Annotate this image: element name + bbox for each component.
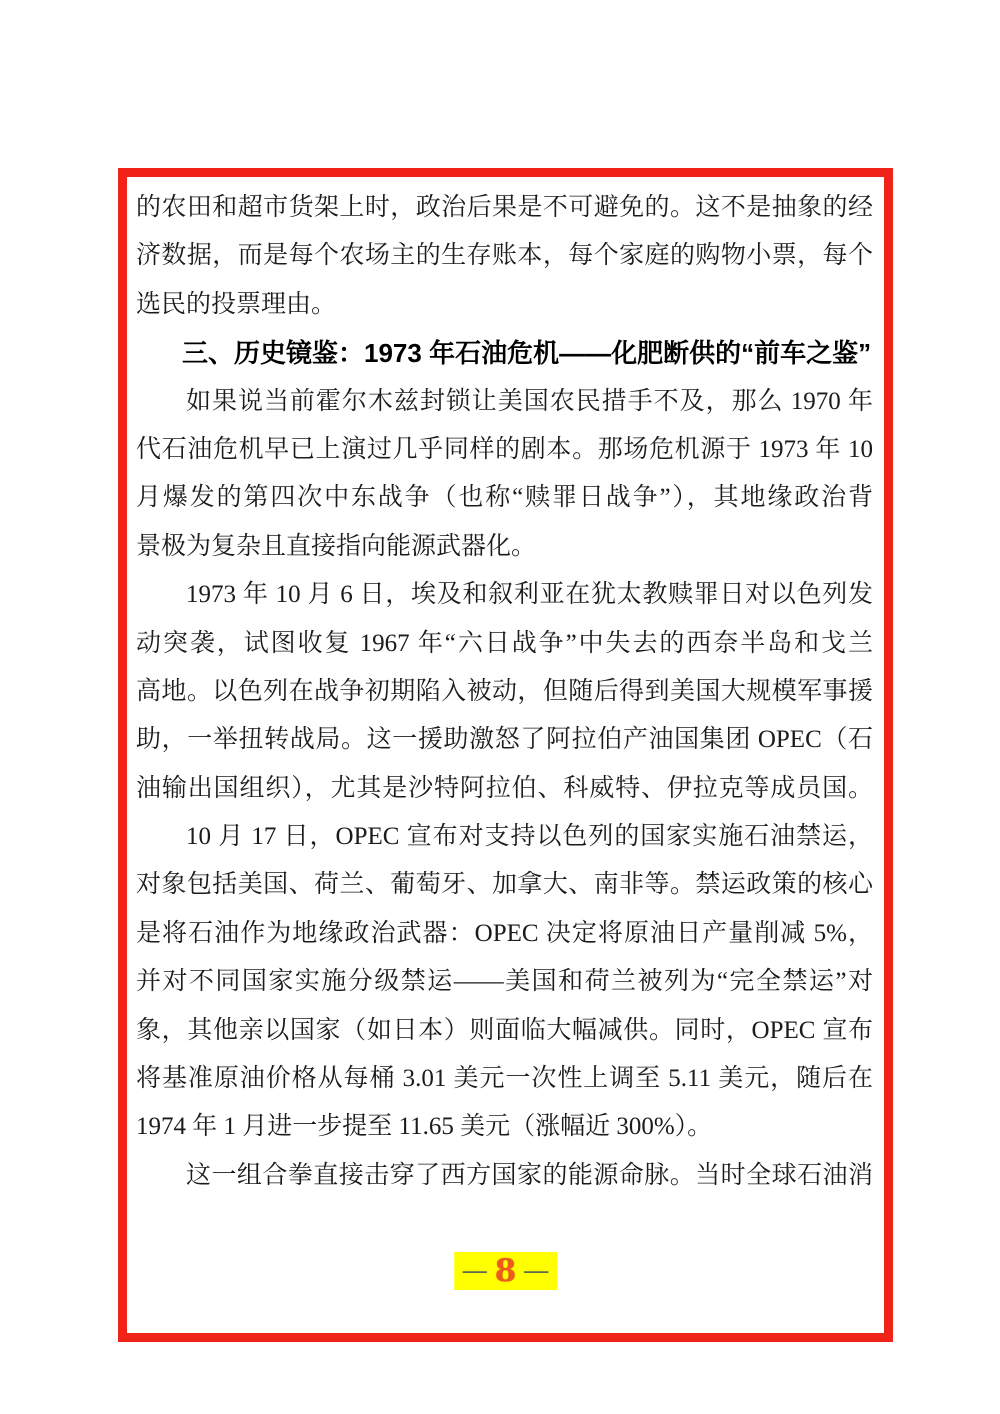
body-line: 10 月 17 日，OPEC 宣布对支持以色列的国家实施石油禁运， xyxy=(136,813,873,861)
document-page: 的农田和超市货架上时，政治后果是不可避免的。这不是抽象的经 济数据，而是每个农场… xyxy=(0,0,1000,1414)
body-line: 动突袭，试图收复 1967 年“六日战争”中失去的西奈半岛和戈兰 xyxy=(136,620,873,668)
body-line: 景极为复杂且直接指向能源武器化。 xyxy=(136,523,873,571)
body-line: 是将石油作为地缘政治武器：OPEC 决定将原油日产量削减 5%， xyxy=(136,910,873,958)
body-line: 对象包括美国、荷兰、葡萄牙、加拿大、南非等。禁运政策的核心 xyxy=(136,861,873,909)
body-line: 的农田和超市货架上时，政治后果是不可避免的。这不是抽象的经 xyxy=(136,184,873,232)
body-line: 高地。以色列在战争初期陷入被动，但随后得到美国大规模军事援 xyxy=(136,668,873,716)
document-text-block: 的农田和超市货架上时，政治后果是不可避免的。这不是抽象的经 济数据，而是每个农场… xyxy=(136,184,873,1200)
body-line: 如果说当前霍尔木兹封锁让美国农民措手不及，那么 1970 年 xyxy=(136,378,873,426)
page-number-footer: — 8 — xyxy=(454,1252,558,1290)
body-line: 助，一举扭转战局。这一援助激怒了阿拉伯产油国集团 OPEC（石 xyxy=(136,716,873,764)
body-line: 月爆发的第四次中东战争（也称“赎罪日战争”），其地缘政治背 xyxy=(136,474,873,522)
body-line: 将基准原油价格从每桶 3.01 美元一次性上调至 5.11 美元，随后在 xyxy=(136,1055,873,1103)
body-line: 选民的投票理由。 xyxy=(136,281,873,329)
footer-dash-left: — xyxy=(463,1259,487,1283)
body-line: 代石油危机早已上演过几乎同样的剧本。那场危机源于 1973 年 10 xyxy=(136,426,873,474)
section-heading: 三、历史镜鉴：1973 年石油危机——化肥断供的“前车之鉴” xyxy=(136,329,873,377)
red-border-frame: 的农田和超市货架上时，政治后果是不可避免的。这不是抽象的经 济数据，而是每个农场… xyxy=(118,168,893,1342)
body-line: 油输出国组织），尤其是沙特阿拉伯、科威特、伊拉克等成员国。 xyxy=(136,765,873,813)
body-line: 1973 年 10 月 6 日，埃及和叙利亚在犹太教赎罪日对以色列发 xyxy=(136,571,873,619)
body-line: 象，其他亲以国家（如日本）则面临大幅减供。同时，OPEC 宣布 xyxy=(136,1007,873,1055)
body-line: 并对不同国家实施分级禁运——美国和荷兰被列为“完全禁运”对 xyxy=(136,958,873,1006)
body-line: 这一组合拳直接击穿了西方国家的能源命脉。当时全球石油消 xyxy=(136,1152,873,1200)
body-line: 济数据，而是每个农场主的生存账本，每个家庭的购物小票，每个 xyxy=(136,232,873,280)
page-number: 8 xyxy=(495,1256,517,1287)
body-line: 1974 年 1 月进一步提至 11.65 美元（涨幅近 300%）。 xyxy=(136,1103,873,1151)
footer-dash-right: — xyxy=(524,1259,548,1283)
